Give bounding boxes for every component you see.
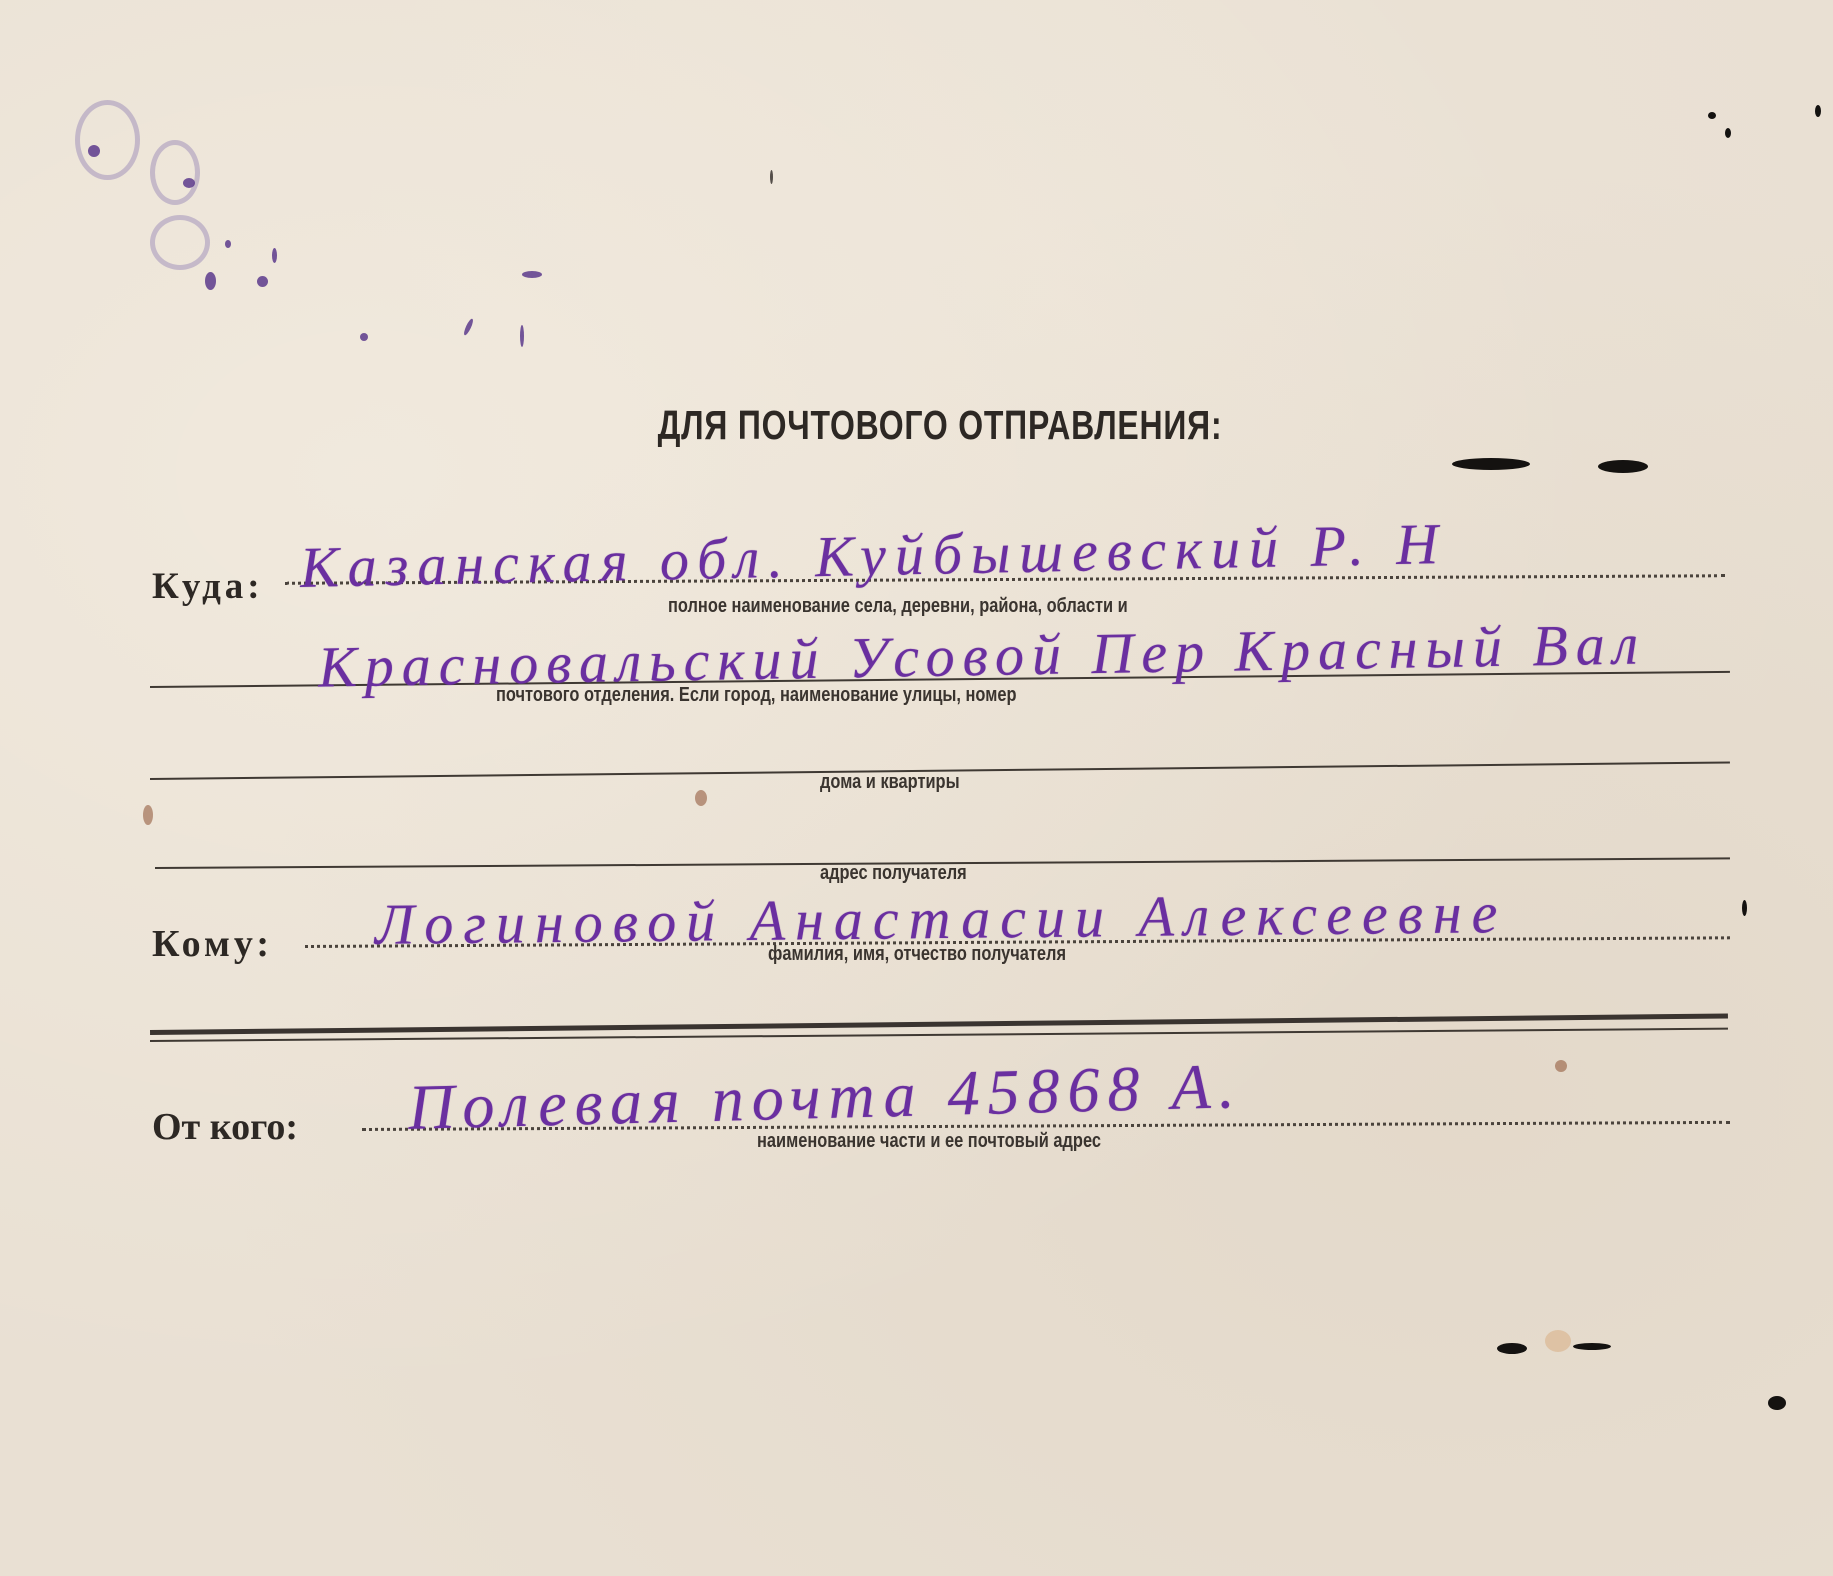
ink-speck [272,248,277,263]
form-title: ДЛЯ ПОЧТОВОГО ОТПРАВЛЕНИЯ: [207,402,1673,449]
address-caption-1: полное наименование села, деревни, район… [668,595,1128,618]
paper-tear [1598,460,1648,473]
ink-speck [183,178,195,188]
address-caption-4: адрес получателя [820,862,967,885]
faded-stamp-mark [150,140,200,205]
paper-tear [1742,900,1747,916]
faded-stamp-mark [75,100,140,180]
to-whom-label: Кому: [152,922,273,966]
ink-speck [462,318,474,336]
ink-speck [770,170,773,184]
address-caption-3: дома и квартиры [820,771,960,794]
sender-caption: наименование части и ее почтовый адрес [757,1130,1101,1153]
paper-tear [1452,458,1530,470]
ink-speck [225,240,231,248]
ink-speck [257,276,268,287]
recipient-caption: фамилия, имя, отчество получателя [768,943,1066,966]
paper-tear [1708,112,1716,119]
paper-stain [1555,1060,1567,1072]
section-divider [150,1013,1728,1035]
paper-stain [695,790,707,806]
faded-stamp-mark [150,215,210,270]
ink-speck [520,325,524,347]
ink-speck [205,272,216,290]
address-caption-2: почтового отделения. Если город, наимено… [496,684,1017,707]
ink-speck [88,145,100,157]
to-where-label: Куда: [152,565,264,608]
ink-speck [522,271,542,278]
paper-stain [1545,1330,1571,1352]
paper-stain [143,805,153,825]
paper-tear [1573,1343,1611,1350]
paper-tear [1497,1343,1527,1354]
paper-tear [1768,1396,1786,1410]
ink-speck [360,333,368,341]
paper-tear [1815,105,1821,117]
paper-tear [1725,128,1731,138]
handwritten-address-line-1: Казанская обл. Куйбышевский Р. Н [299,510,1447,601]
from-whom-label: От кого: [152,1105,298,1149]
